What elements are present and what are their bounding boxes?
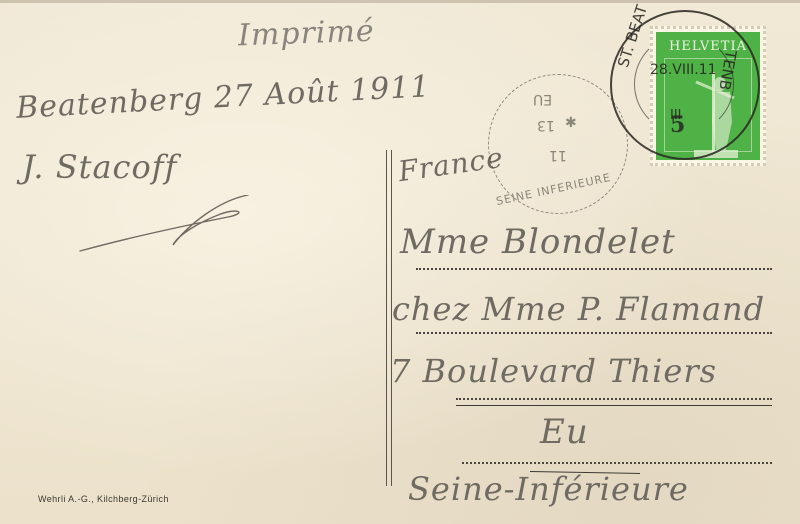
address-rule-2 bbox=[416, 332, 772, 334]
postmark-town: EU bbox=[533, 91, 552, 107]
card-top-edge bbox=[0, 0, 800, 3]
publisher-imprint: Wehrli A.-G., Kilchberg-Zürich bbox=[38, 494, 169, 504]
address-rule-3 bbox=[456, 398, 772, 400]
address-underline-3 bbox=[456, 405, 772, 406]
address-line-4: Eu bbox=[540, 412, 589, 452]
address-line-3: 7 Boulevard Thiers bbox=[390, 352, 717, 390]
postmark-sub: III bbox=[670, 108, 682, 123]
address-rule-4 bbox=[462, 462, 772, 464]
address-line-5: Seine-Inférieure bbox=[408, 470, 689, 508]
postmark-date: 28.VIII.11 bbox=[650, 62, 717, 78]
signature: J. Stacoff bbox=[22, 148, 177, 186]
address-rule-1 bbox=[416, 268, 772, 270]
signature-flourish bbox=[78, 195, 258, 255]
printed-matter-note: Imprimé bbox=[237, 14, 375, 54]
postmark-star: ✱ bbox=[565, 115, 577, 131]
address-line-2: chez Mme P. Flamand bbox=[392, 290, 765, 328]
postcard: Imprimé Beatenberg 27 Août 1911 J. Staco… bbox=[0, 0, 800, 524]
postmark-department: SEINE INFERIEURE bbox=[495, 171, 612, 208]
postmark-sub: 11 bbox=[549, 147, 567, 163]
postmark-date: 13 bbox=[537, 117, 555, 133]
french-arrival-postmark: EU 13 ✱ 11 SEINE INFERIEURE bbox=[488, 74, 628, 214]
swiss-cancel-postmark: ST. BEAT TENB 28.VIII.11 III bbox=[610, 10, 760, 160]
place-date-line: Beatenberg 27 Août 1911 bbox=[15, 69, 431, 126]
address-line-1: Mme Blondelet bbox=[400, 222, 676, 262]
